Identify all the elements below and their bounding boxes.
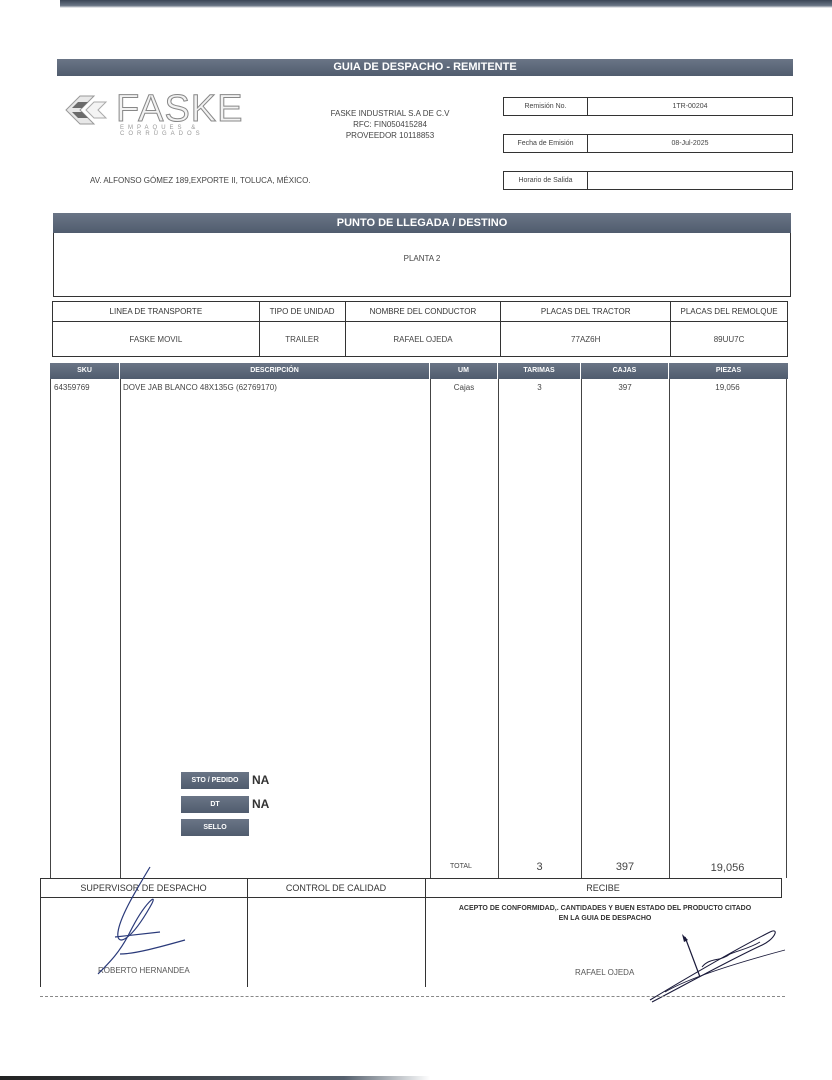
remision-field: Remisión No. 1TR-00204 xyxy=(503,97,793,116)
company-address: AV. ALFONSO GÓMEZ 189,EXPORTE II, TOLUCA… xyxy=(90,176,311,185)
company-rfc: RFC: FIN050415284 xyxy=(300,119,480,130)
quality-header: CONTROL DE CALIDAD xyxy=(247,879,425,898)
receiver-acceptance-note: ACEPTO DE CONFORMIDAD,. CANTIDADES Y BUE… xyxy=(425,904,785,924)
linea-transporte-value: FASKE MOVIL xyxy=(53,322,260,357)
faske-logo-mark-icon xyxy=(64,95,108,125)
horario-salida-value xyxy=(588,172,792,189)
item-piezas: 19,056 xyxy=(669,383,786,392)
horario-salida-field: Horario de Salida xyxy=(503,171,793,190)
header-tarimas: TARIMAS xyxy=(498,363,581,379)
header-cajas: CAJAS xyxy=(581,363,669,379)
items-header-row: SKU DESCRIPCIÓN UM TARIMAS CAJAS PIEZAS xyxy=(50,363,788,379)
column-divider xyxy=(50,379,51,878)
header-sku: SKU xyxy=(50,363,120,379)
header-placas-tractor: PLACAS DEL TRACTOR xyxy=(501,302,671,322)
sello-label: SELLO xyxy=(181,819,249,836)
destination-value: PLANTA 2 xyxy=(53,254,791,263)
fecha-emision-label: Fecha de Emisión xyxy=(504,135,588,152)
item-description: DOVE JAB BLANCO 48X135G (62769170) xyxy=(123,383,277,392)
total-label: TOTAL xyxy=(450,863,472,870)
column-divider xyxy=(430,379,431,878)
fecha-emision-field: Fecha de Emisión 08-Jul-2025 xyxy=(503,134,793,153)
placas-tractor-value: 77AZ6H xyxy=(501,322,671,357)
total-piezas: 19,056 xyxy=(669,862,786,874)
transport-value-row: FASKE MOVIL TRAILER RAFAEL OJEDA 77AZ6H … xyxy=(53,322,788,357)
header-placas-remolque: PLACAS DEL REMOLQUE xyxy=(671,302,788,322)
scan-edge-bottom xyxy=(0,1076,430,1080)
company-logo: FASKE EMPAQUES & CORRUGADOS xyxy=(64,92,274,136)
total-tarimas: 3 xyxy=(498,861,581,873)
column-divider xyxy=(120,379,121,878)
company-name: FASKE INDUSTRIAL S.A DE C.V xyxy=(300,108,480,119)
item-sku: 64359769 xyxy=(54,383,90,392)
header-nombre-conductor: NOMBRE DEL CONDUCTOR xyxy=(345,302,501,322)
column-divider xyxy=(669,379,670,878)
placas-remolque-value: 89UU7C xyxy=(671,322,788,357)
nombre-conductor-value: RAFAEL OJEDA xyxy=(345,322,501,357)
divider xyxy=(40,879,41,987)
dt-value: NA xyxy=(252,797,269,811)
receiver-note-line1: ACEPTO DE CONFORMIDAD,. CANTIDADES Y BUE… xyxy=(425,904,785,914)
column-divider xyxy=(786,379,787,878)
document-title: GUIA DE DESPACHO - REMITENTE xyxy=(57,59,793,76)
transport-table: LINEA DE TRANSPORTE TIPO DE UNIDAD NOMBR… xyxy=(52,301,788,357)
transport-header-row: LINEA DE TRANSPORTE TIPO DE UNIDAD NOMBR… xyxy=(53,302,788,322)
dt-label: DT xyxy=(181,796,249,813)
item-um: Cajas xyxy=(430,383,498,392)
column-divider xyxy=(498,379,499,878)
sto-pedido-label: STO / PEDIDO xyxy=(181,772,249,789)
horario-salida-label: Horario de Salida xyxy=(504,172,588,189)
sto-pedido-value: NA xyxy=(252,773,269,787)
tipo-unidad-value: TRAILER xyxy=(259,322,345,357)
header-piezas: PIEZAS xyxy=(669,363,788,379)
company-provider: PROVEEDOR 10118853 xyxy=(300,130,480,141)
header-linea-transporte: LINEA DE TRANSPORTE xyxy=(53,302,260,322)
remision-value: 1TR-00204 xyxy=(588,98,792,115)
company-info: FASKE INDUSTRIAL S.A DE C.V RFC: FIN0504… xyxy=(300,108,480,141)
header-um: UM xyxy=(430,363,498,379)
divider xyxy=(247,879,248,987)
supervisor-signature-icon xyxy=(90,862,200,977)
column-divider xyxy=(581,379,582,878)
fecha-emision-value: 08-Jul-2025 xyxy=(588,135,792,152)
receiver-name: RAFAEL OJEDA xyxy=(575,968,634,977)
scan-edge-gap xyxy=(0,0,60,8)
header-tipo-unidad: TIPO DE UNIDAD xyxy=(259,302,345,322)
receiver-signature-icon xyxy=(640,922,790,1004)
receiver-header: RECIBE xyxy=(425,879,782,898)
header-descripcion: DESCRIPCIÓN xyxy=(120,363,430,379)
divider xyxy=(425,879,426,987)
item-tarimas: 3 xyxy=(498,383,581,392)
scan-edge-top xyxy=(0,0,832,8)
total-cajas: 397 xyxy=(581,861,669,873)
items-table: SKU DESCRIPCIÓN UM TARIMAS CAJAS PIEZAS … xyxy=(50,363,788,878)
destination-header: PUNTO DE LLEGADA / DESTINO xyxy=(53,213,791,233)
logo-tagline: EMPAQUES & CORRUGADOS xyxy=(120,125,274,137)
remision-label: Remisión No. xyxy=(504,98,588,115)
footer-divider xyxy=(40,996,785,997)
item-cajas: 397 xyxy=(581,383,669,392)
